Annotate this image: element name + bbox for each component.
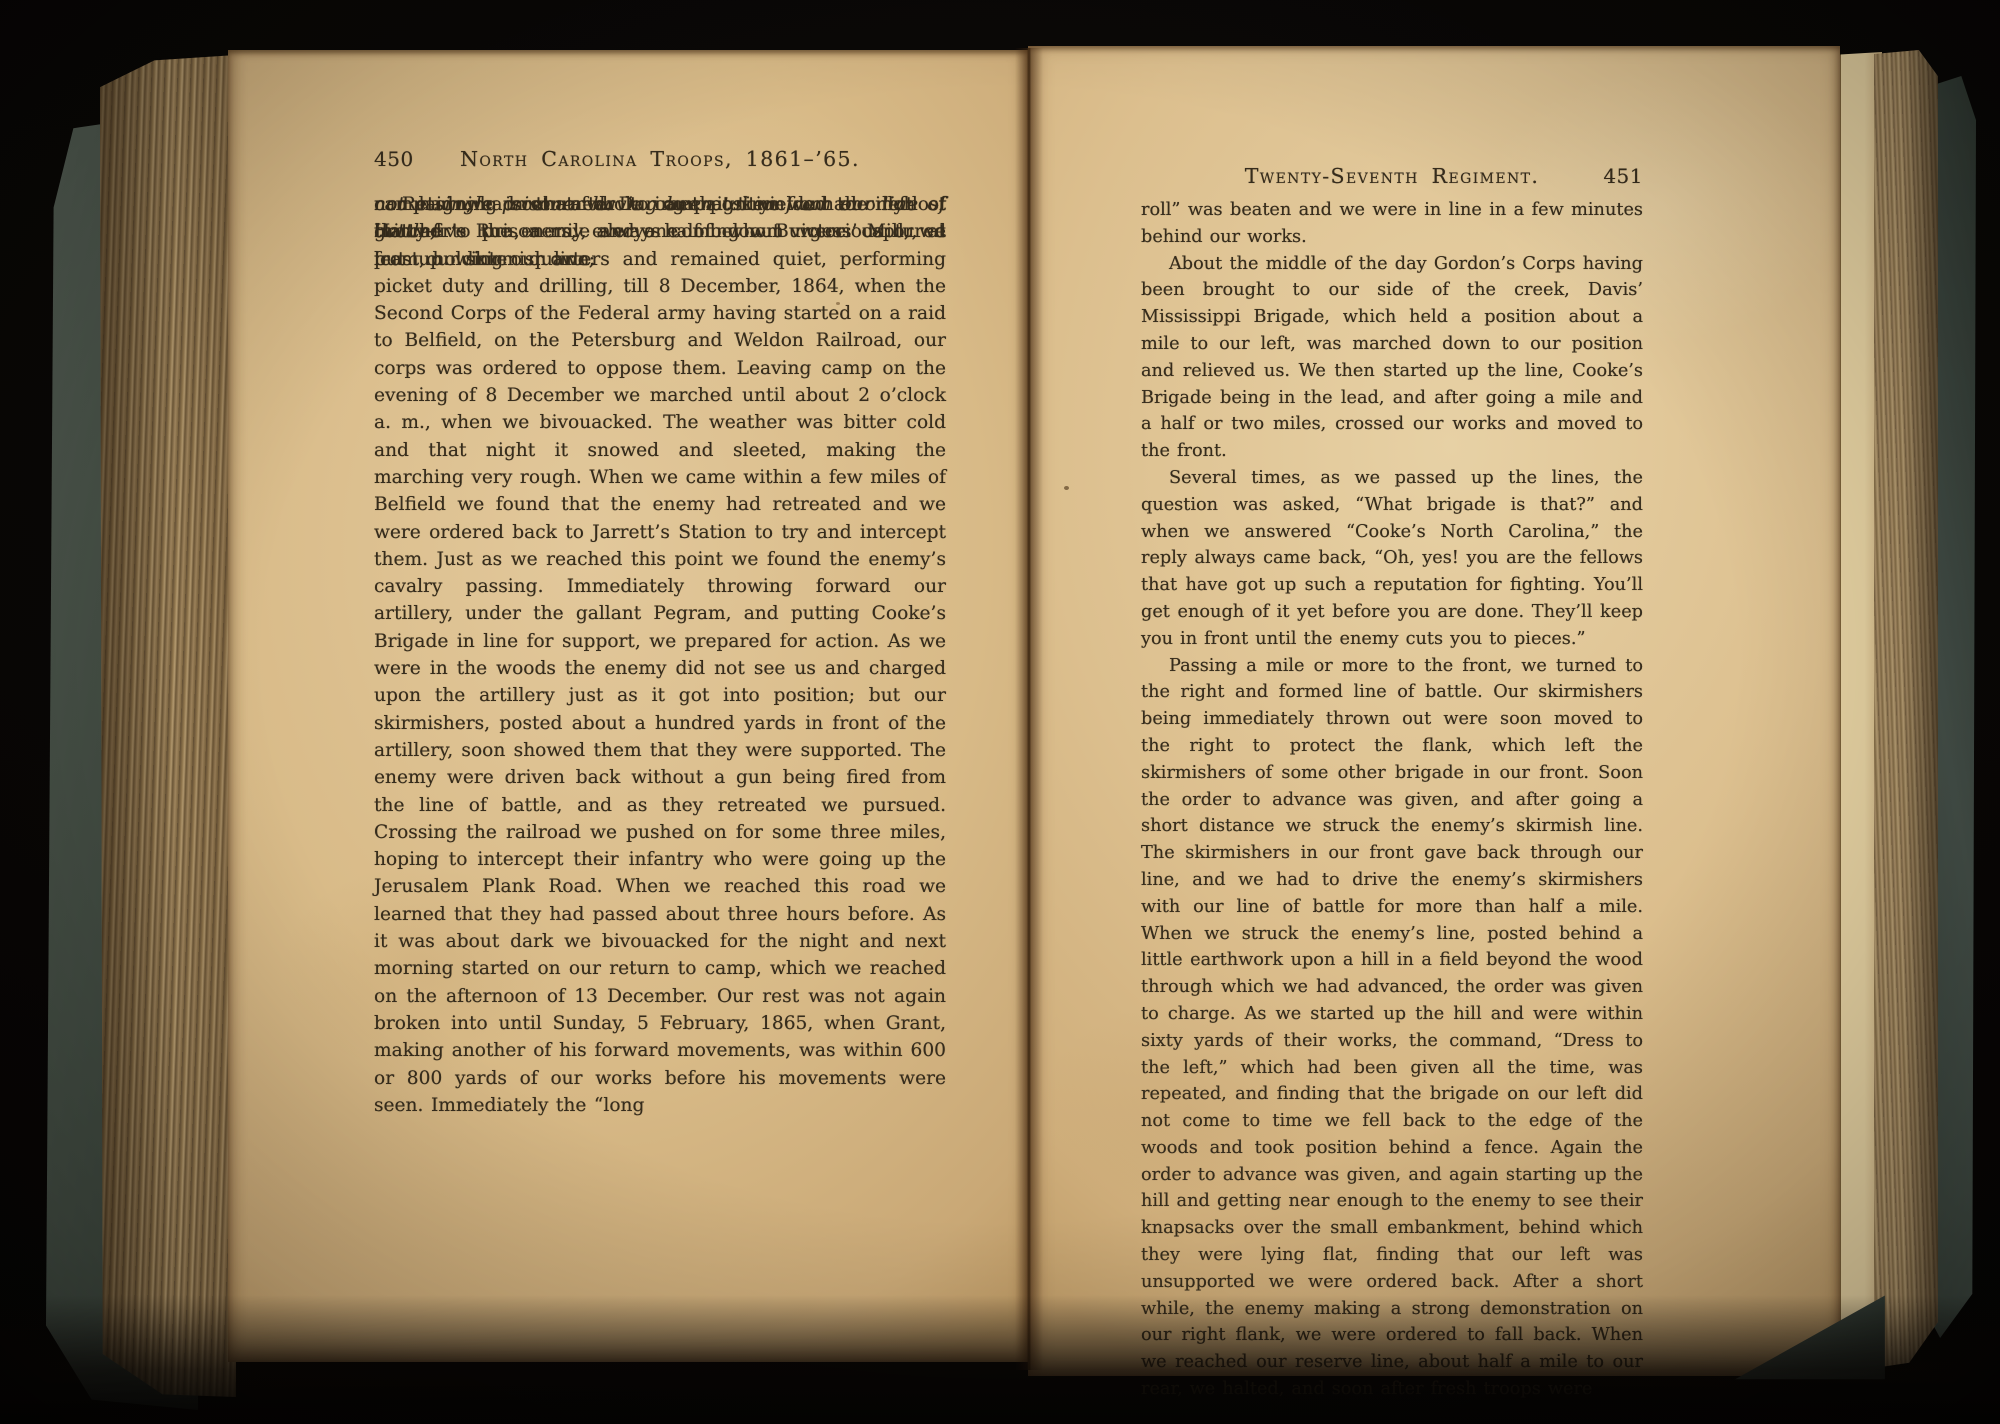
paper-speck <box>1064 486 1069 490</box>
gutter-shadow <box>1015 48 1043 1370</box>
paragraph: About the middle of the day Gordon’s Cor… <box>1141 251 1643 465</box>
paragraph: Passing a mile or more to the front, we … <box>1141 653 1643 1403</box>
book-photo: 450 North Carolina Troops, 1861–’65. cam… <box>0 0 2000 1424</box>
right-fore-edge-stack <box>1874 50 1938 1368</box>
right-page-number: 451 <box>1571 164 1643 188</box>
left-running-header: North Carolina Troops, 1861–’65. <box>446 147 874 171</box>
left-page: 450 North Carolina Troops, 1861–’65. cam… <box>228 50 1028 1362</box>
right-page: Twenty-Seventh Regiment. 451 roll” was b… <box>1028 46 1840 1376</box>
left-page-body: campaign, had returned. During that time… <box>374 191 946 1119</box>
left-page-number: 450 <box>374 147 446 171</box>
left-page-header-row: 450 North Carolina Troops, 1861–’65. <box>374 147 946 171</box>
paper-speck <box>560 1052 563 1055</box>
paragraph: Several times, as we passed up the lines… <box>1141 465 1643 653</box>
right-page-header-row: Twenty-Seventh Regiment. 451 <box>1141 164 1643 188</box>
right-running-header: Twenty-Seventh Regiment. <box>1213 164 1571 188</box>
paragraph-text: nor had we in that whole campaign yielde… <box>374 191 946 273</box>
bottom-shadow <box>0 1295 2000 1424</box>
right-page-body: roll” was beaten and we were in line in … <box>1141 197 1643 1403</box>
paragraph: roll” was beaten and we were in line in … <box>1141 197 1643 251</box>
paragraph: Returning soon after to our position on … <box>374 191 946 1119</box>
paper-speck <box>836 302 840 305</box>
left-fore-edge-stack <box>100 55 236 1397</box>
